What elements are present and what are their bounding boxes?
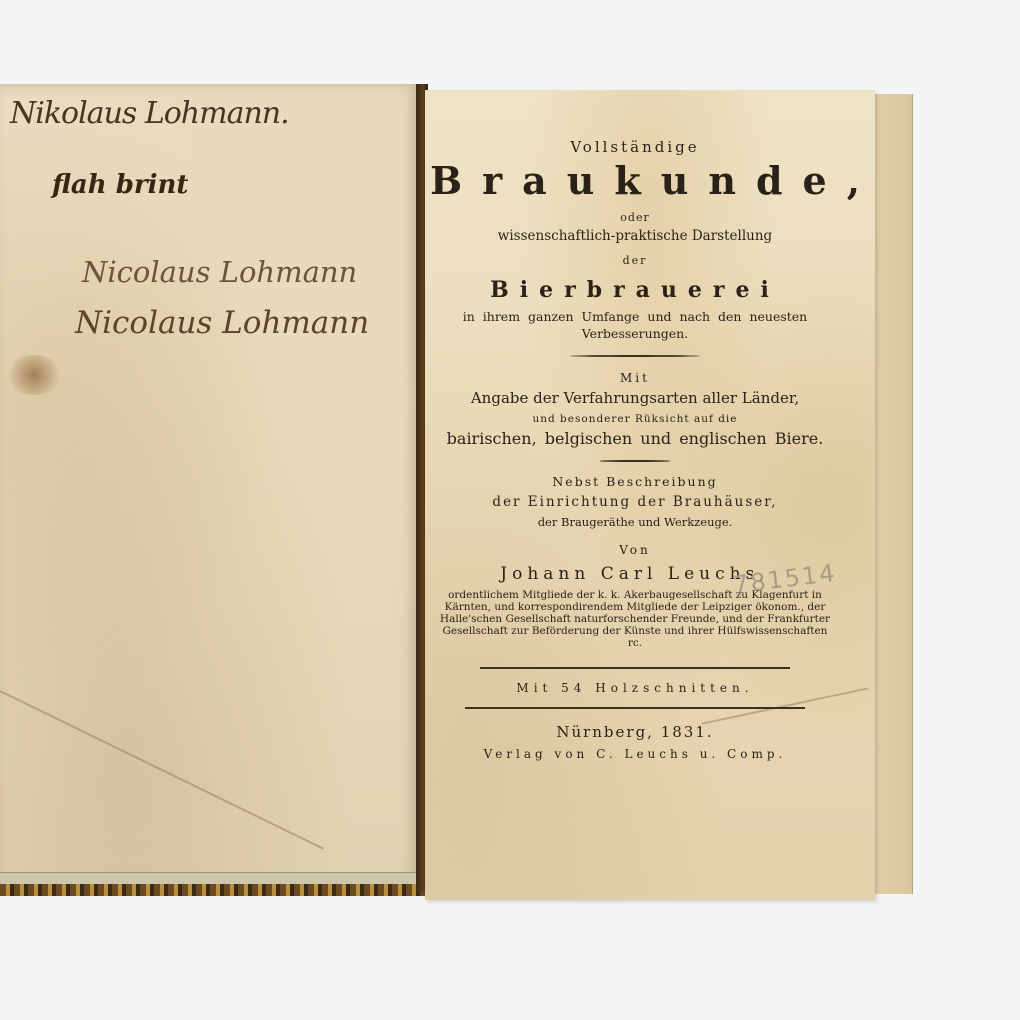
inscription-3: Nicolaus Lohmann (82, 255, 357, 289)
open-book: Nikolaus Lohmann. flah brint Nicolaus Lo… (0, 0, 1020, 1020)
scope-line: in ihrem ganzen Umfange und nach den neu… (430, 309, 840, 324)
marbled-cover-edge (0, 884, 425, 896)
biere-line: bairischen, belgischen und englischen Bi… (430, 429, 840, 448)
title-der: der (430, 254, 840, 267)
angabe-line: Angabe der Verfahrungsarten aller Länder… (430, 389, 840, 407)
title-text-block: Vollständige Braukunde, oder wissenschaf… (430, 138, 840, 761)
author-memberships: ordentlichem Mitgliede der k. k. Akerbau… (430, 589, 840, 649)
inscription-2: flah brint (52, 170, 188, 200)
foxing-stain (6, 355, 62, 395)
left-endpaper (0, 84, 420, 884)
ornamental-rule (570, 355, 700, 357)
subject-title: Bierbrauerei (430, 277, 840, 303)
main-title: Braukunde, (430, 158, 840, 203)
subtitle: wissenschaftlich-praktische Darstellung (430, 228, 840, 244)
divider-rule (600, 460, 670, 462)
inscription-4: Nicolaus Lohmann (75, 305, 369, 341)
illustrations-note: Mit 54 Holzschnitten. (430, 681, 840, 695)
bottom-rule (465, 707, 805, 709)
publisher: Verlag von C. Leuchs u. Comp. (430, 747, 840, 761)
inscription-1: Nikolaus Lohmann. (10, 96, 289, 131)
place-year: Nürnberg, 1831. (430, 723, 840, 741)
ruecksicht-line: und besonderer Rüksicht auf die (430, 413, 840, 425)
einrichtung-line: der Einrichtung der Brauhäuser, (430, 494, 840, 510)
title-prefix: Vollständige (430, 138, 840, 156)
top-rule (480, 667, 790, 669)
title-oder: oder (430, 211, 840, 224)
nebst-line: Nebst Beschreibung (430, 474, 840, 489)
geraethe-line: der Braugeräthe und Werkzeuge. (430, 515, 840, 529)
von-line: Von (430, 543, 840, 557)
scope-line-2: Verbesserungen. (430, 326, 840, 341)
mit-heading: Mit (430, 371, 840, 385)
